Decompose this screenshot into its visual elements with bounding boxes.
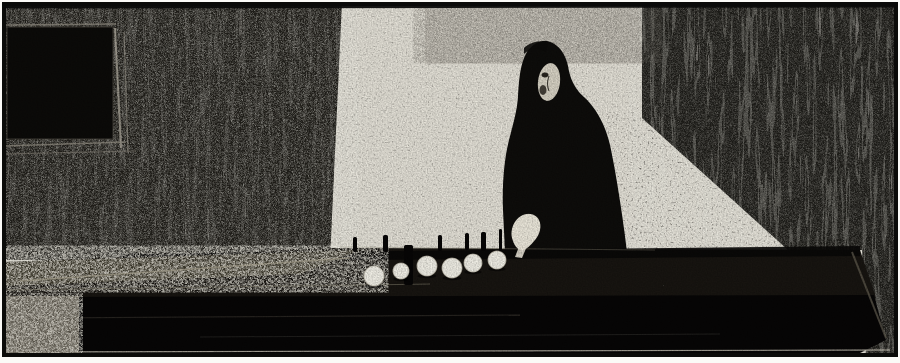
- photo-border-top-heavy: [2, 5, 898, 6]
- grain-overlay-salt: [3, 2, 897, 356]
- photo-canvas: [0, 0, 900, 363]
- halftone-photograph: [0, 0, 900, 363]
